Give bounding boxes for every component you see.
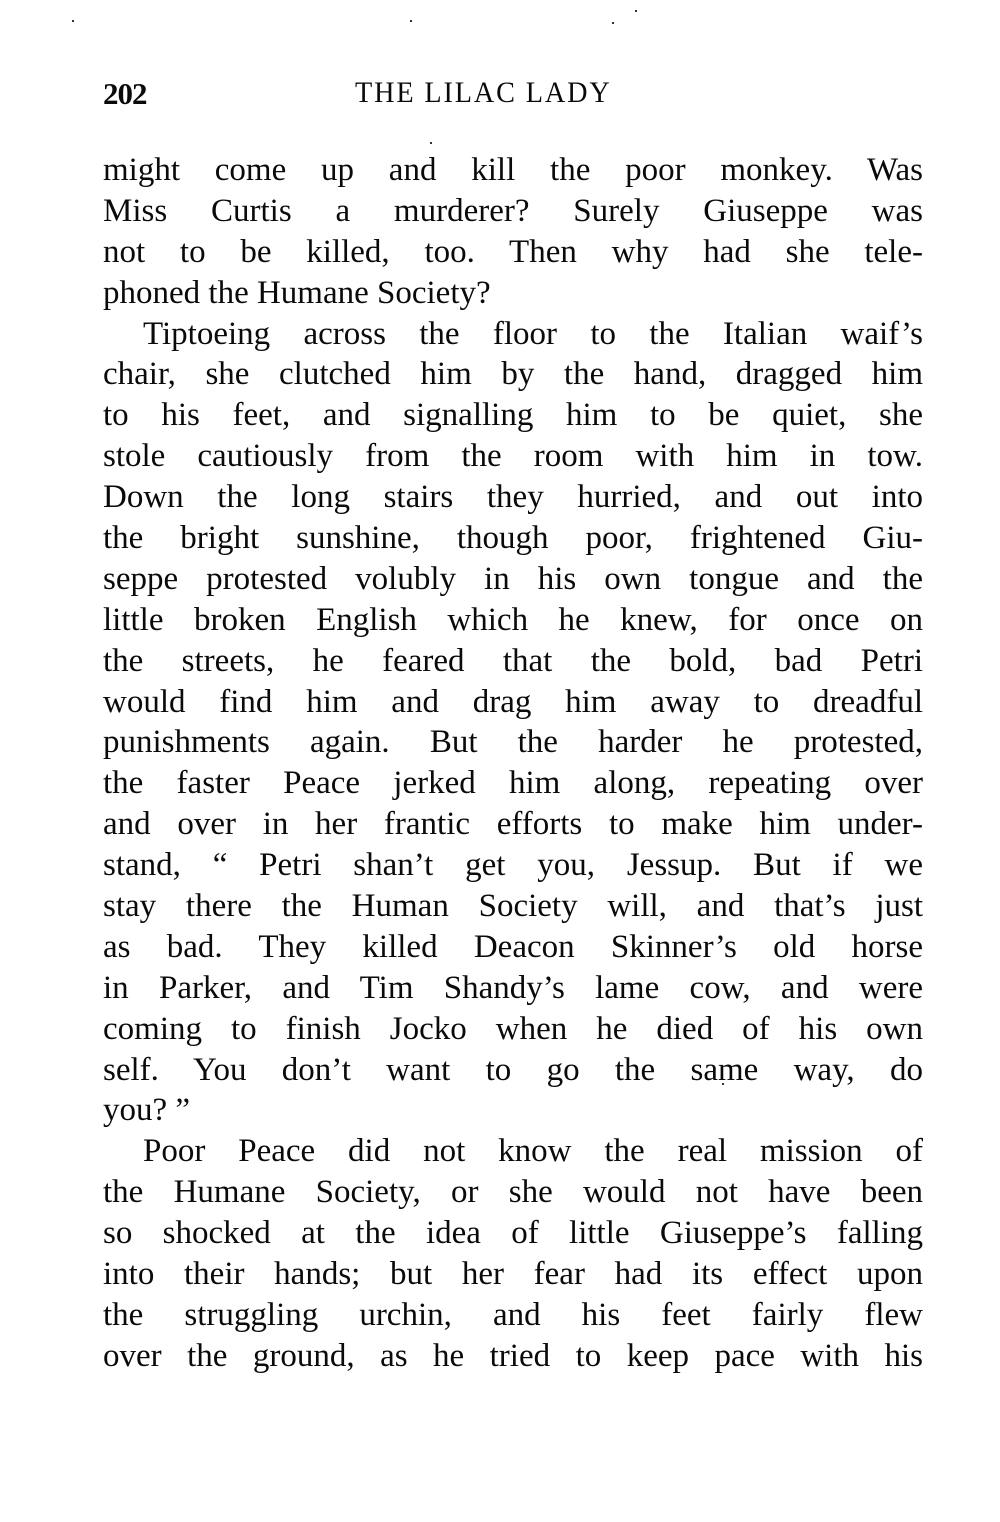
- text-line: the struggling urchin, and his feet fair…: [103, 1295, 923, 1336]
- text-line: the bright sunshine, though poor, fright…: [103, 518, 923, 559]
- scan-speck: [72, 20, 74, 22]
- text-line: over the ground, as he tried to keep pac…: [103, 1336, 923, 1377]
- text-line: to his feet, and signalling him to be qu…: [103, 395, 923, 436]
- scan-speck: [612, 22, 614, 24]
- text-line: chair, she clutched him by the hand, dra…: [103, 354, 923, 395]
- text-line: phoned the Humane Society?: [103, 273, 923, 314]
- text-line: punishments again. But the harder he pro…: [103, 722, 923, 763]
- text-line: the faster Peace jerked him along, repea…: [103, 763, 923, 804]
- text-line: little broken English which he knew, for…: [103, 600, 923, 641]
- text-line: the Humane Society, or she would not hav…: [103, 1172, 923, 1213]
- text-line: Down the long stairs they hurried, and o…: [103, 477, 923, 518]
- text-line: seppe protested volubly in his own tongu…: [103, 559, 923, 600]
- text-line: Tiptoeing across the floor to the Italia…: [103, 314, 923, 355]
- scan-speck: [635, 10, 637, 12]
- paragraph: Poor Peace did not know the real mission…: [103, 1131, 923, 1376]
- text-line: Poor Peace did not know the real mission…: [103, 1131, 923, 1172]
- text-line: in Parker, and Tim Shandy’s lame cow, an…: [103, 968, 923, 1009]
- text-line: so shocked at the idea of little Giusepp…: [103, 1213, 923, 1254]
- text-line: the streets, he feared that the bold, ba…: [103, 641, 923, 682]
- paragraph: might come up and kill the poor monkey. …: [103, 150, 923, 314]
- scan-speck: [410, 20, 412, 22]
- book-title: THE LILAC LADY: [355, 76, 612, 110]
- text-line: and over in her frantic efforts to make …: [103, 804, 923, 845]
- scan-speck: [430, 142, 432, 144]
- text-line: stole cautiously from the room with him …: [103, 436, 923, 477]
- text-line: stay there the Human Society will, and t…: [103, 886, 923, 927]
- text-line: might come up and kill the poor monkey. …: [103, 150, 923, 191]
- body-text: might come up and kill the poor monkey. …: [103, 150, 923, 1377]
- text-line: would find him and drag him away to drea…: [103, 682, 923, 723]
- text-line: as bad. They killed Deacon Skinner’s old…: [103, 927, 923, 968]
- text-line: stand, “ Petri shan’t get you, Jessup. B…: [103, 845, 923, 886]
- scan-speck: [722, 1083, 724, 1085]
- text-line: into their hands; but her fear had its e…: [103, 1254, 923, 1295]
- text-line: Miss Curtis a murderer? Surely Giuseppe …: [103, 191, 923, 232]
- paragraph: Tiptoeing across the floor to the Italia…: [103, 314, 923, 1132]
- running-head: 202 THE LILAC LADY: [103, 76, 923, 116]
- book-page: 202 THE LILAC LADY might come up and kil…: [0, 0, 1000, 1522]
- text-line: coming to finish Jocko when he died of h…: [103, 1009, 923, 1050]
- text-line: not to be killed, too. Then why had she …: [103, 232, 923, 273]
- text-line: self. You don’t want to go the same way,…: [103, 1050, 923, 1091]
- text-line: you? ”: [103, 1090, 923, 1131]
- page-number: 202: [103, 76, 147, 112]
